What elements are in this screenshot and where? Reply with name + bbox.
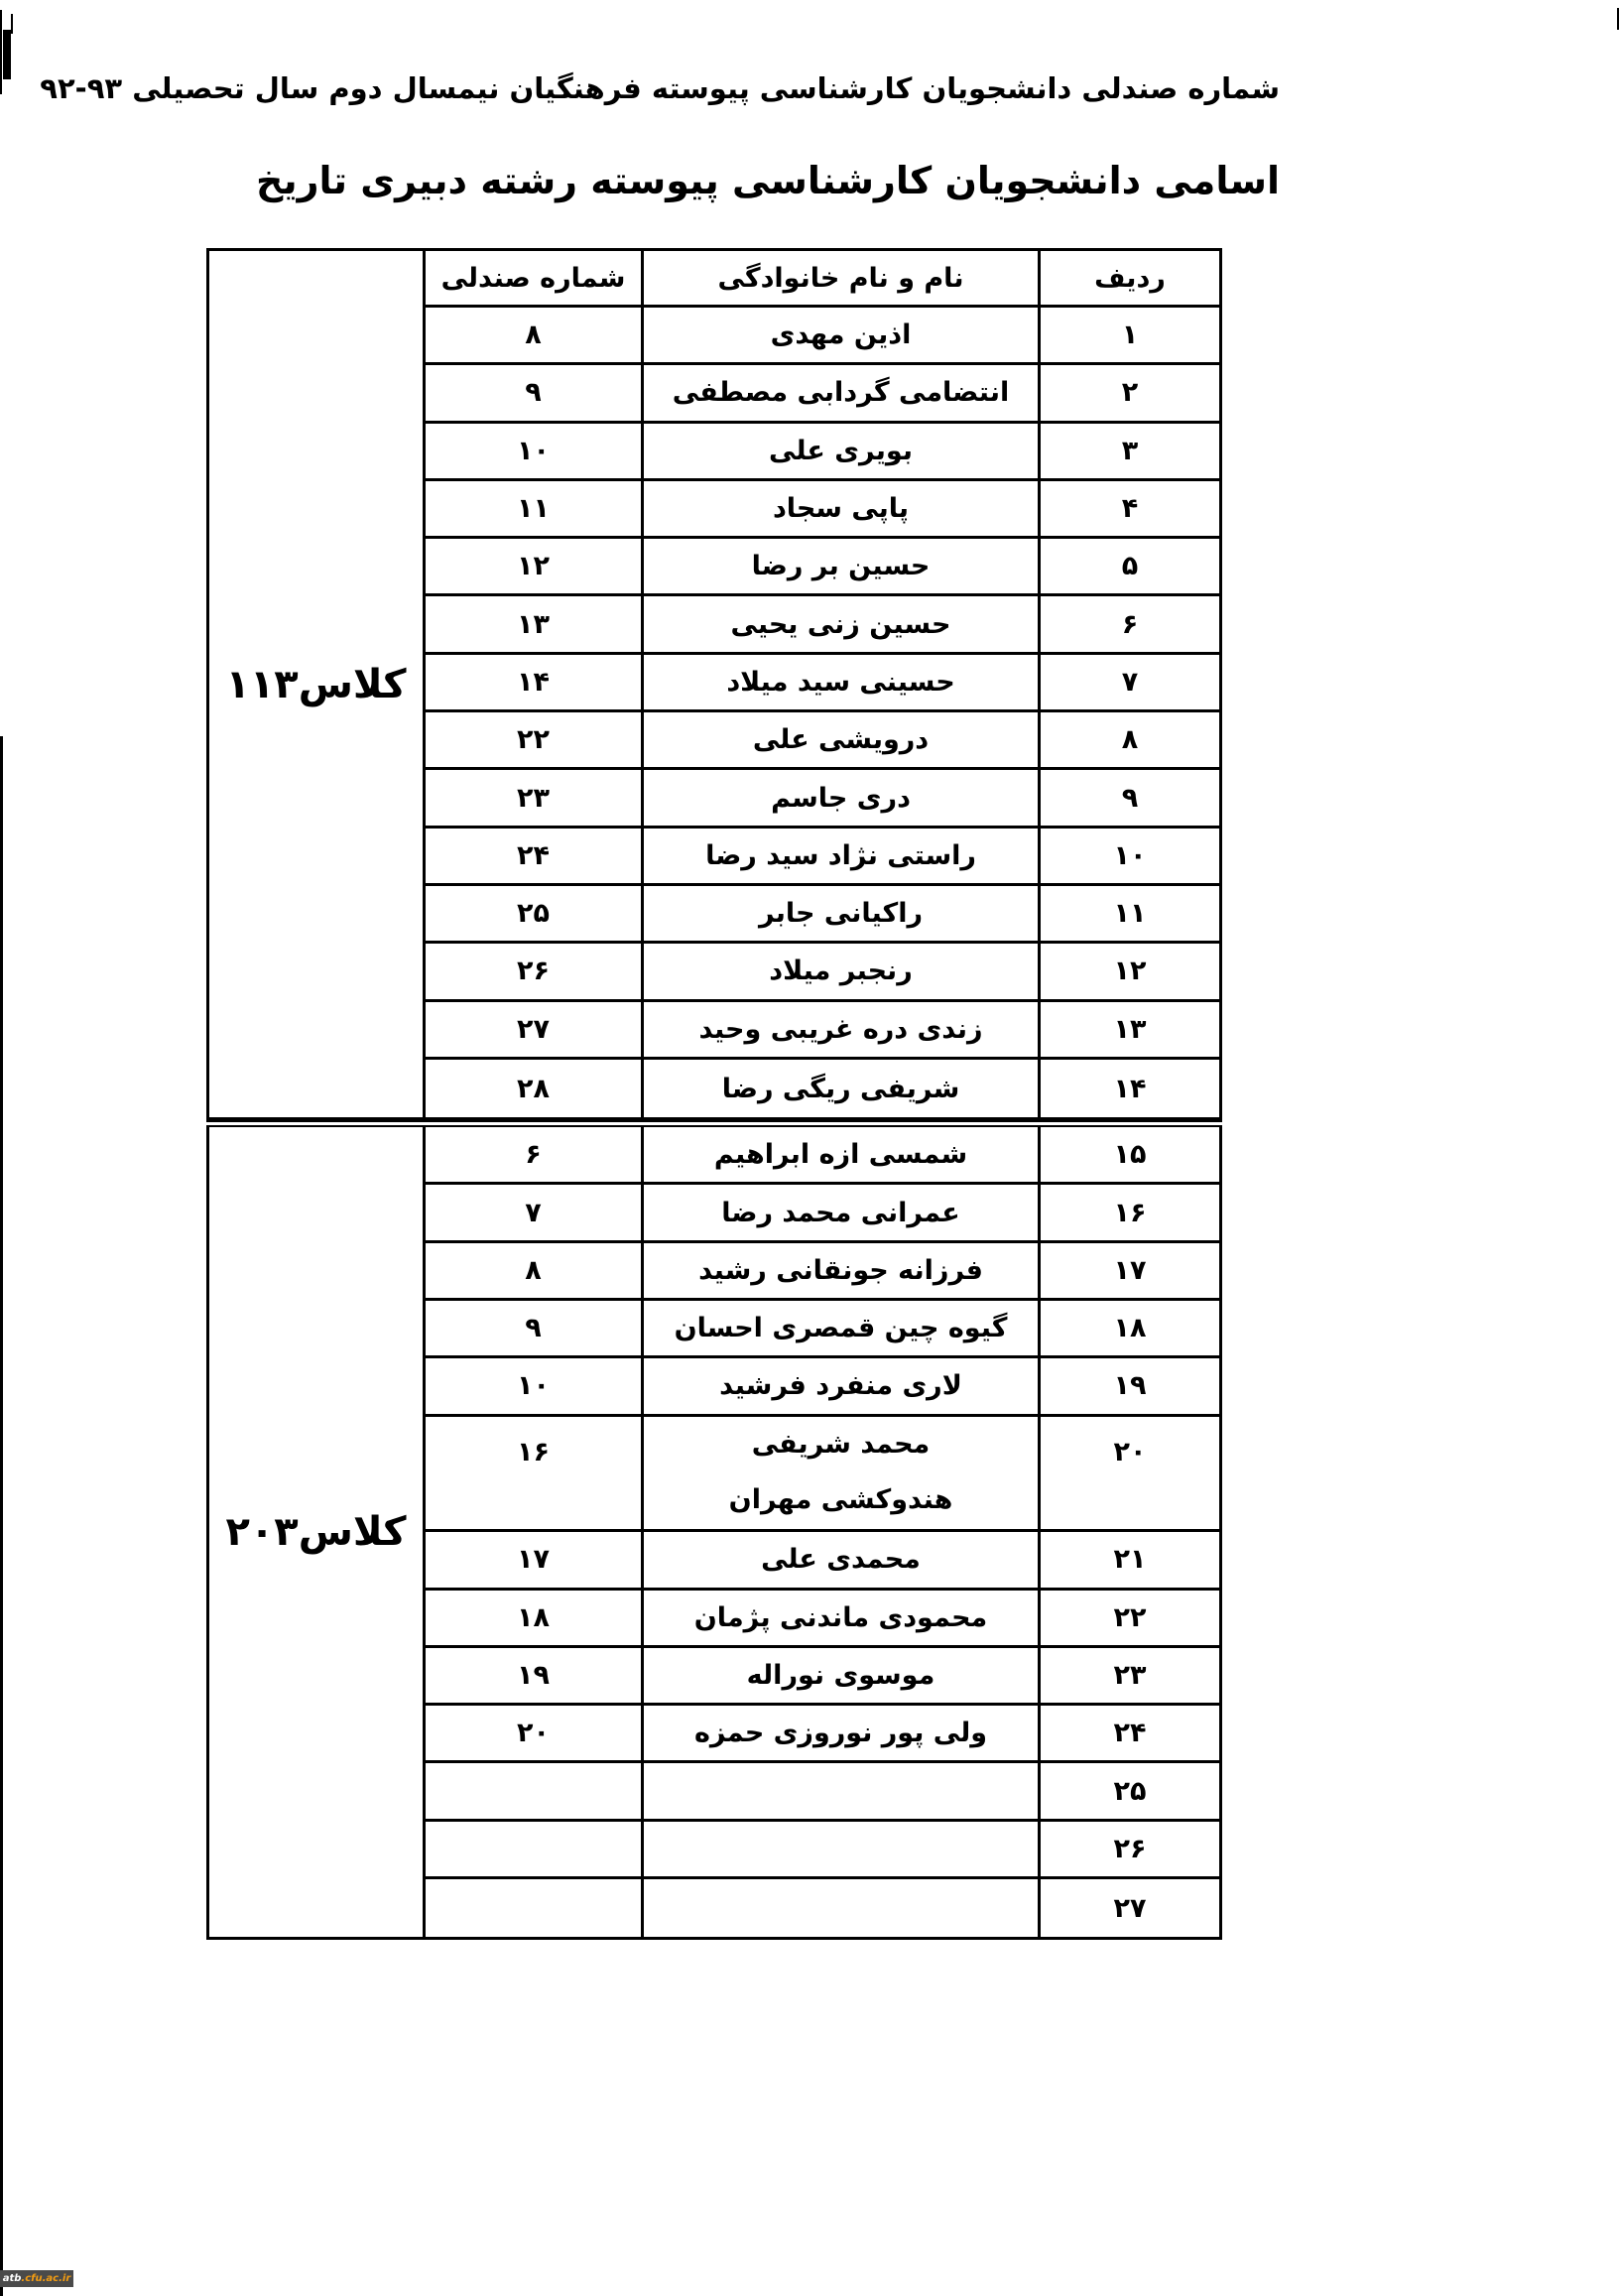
seat-number: ۲۳: [426, 770, 644, 825]
row-number: ۱۴: [1041, 1060, 1219, 1117]
seat-number: ۱۹: [426, 1648, 644, 1703]
table-row: ۱۴ حسینی سید میلاد ۷: [426, 655, 1219, 712]
student-name: دری جاسم: [644, 770, 1041, 825]
row-number: ۷: [1041, 655, 1219, 709]
row-number: ۱: [1041, 308, 1219, 362]
row-number: ۲۳: [1041, 1648, 1219, 1703]
seat-number: ۱۱: [426, 481, 644, 536]
watermark-part-2: .cfu.ac.ir: [21, 2273, 70, 2284]
site-watermark: atb.cfu.ac.ir: [0, 2270, 73, 2287]
student-name: موسوی نوراله: [644, 1648, 1041, 1703]
table-row: ۱۲ حسین بر رضا ۵: [426, 539, 1219, 596]
class-section-113: کلاس۱۱۳ شماره صندلی نام و نام خانوادگی ر…: [206, 248, 1222, 1117]
seat-number: [426, 1763, 644, 1818]
seat-number: ۱۰: [426, 424, 644, 478]
class-label: کلاس۲۰۳: [209, 1127, 426, 1937]
table-row: ۲۶ رنجبر میلاد ۱۲: [426, 944, 1219, 1001]
table-row: ۲۰ ولی پور نوروزی حمزه ۲۴: [426, 1706, 1219, 1763]
row-number: ۸: [1041, 712, 1219, 767]
row-number: ۲۷: [1041, 1879, 1219, 1937]
seat-number: ۲۸: [426, 1060, 644, 1117]
table-row: ۶ شمسی ازه ابراهیم ۱۵: [426, 1127, 1219, 1185]
student-name: شریفی ریگی رضا: [644, 1060, 1041, 1117]
table-row: ۹ گیوه چین قمصری احسان ۱۸: [426, 1301, 1219, 1358]
table-row: ۱۹ موسوی نوراله ۲۳: [426, 1648, 1219, 1706]
header-seat-number: شماره صندلی: [426, 251, 644, 305]
seat-number: ۱۲: [426, 539, 644, 593]
row-number: ۲۰: [1041, 1417, 1219, 1530]
row-number: ۶: [1041, 596, 1219, 651]
row-number: ۵: [1041, 539, 1219, 593]
section-divider: [206, 1117, 1222, 1127]
seating-table: کلاس۱۱۳ شماره صندلی نام و نام خانوادگی ر…: [206, 248, 1222, 1940]
seat-number: ۱۰: [426, 1358, 644, 1413]
student-name: پاپی سجاد: [644, 481, 1041, 536]
table-row: ۱۳ حسین زنی یحیی ۶: [426, 596, 1219, 654]
scan-artifact-mark: [11, 14, 13, 34]
table-row: ۲۶: [426, 1822, 1219, 1879]
table-row: ۲۵: [426, 1763, 1219, 1821]
table-row: ۱۷ محمدی علی ۲۱: [426, 1532, 1219, 1590]
table-row: ۲۳ دری جاسم ۹: [426, 770, 1219, 828]
student-name: راکیانی جابر: [644, 886, 1041, 941]
class-label: کلاس۱۱۳: [209, 251, 426, 1117]
table-row: ۷ عمرانی محمد رضا ۱۶: [426, 1185, 1219, 1242]
table-row: ۲۴ راستی نژاد سید رضا ۱۰: [426, 829, 1219, 886]
seat-number: ۸: [426, 1243, 644, 1298]
seat-number: ۲۲: [426, 712, 644, 767]
student-name: [644, 1879, 1041, 1937]
student-name: عمرانی محمد رضا: [644, 1185, 1041, 1239]
seat-number: ۲۷: [426, 1002, 644, 1057]
row-number: ۱۱: [1041, 886, 1219, 941]
row-number: ۲۴: [1041, 1706, 1219, 1760]
table-row: ۱۰ بویری علی ۳: [426, 424, 1219, 481]
row-number: ۱۶: [1041, 1185, 1219, 1239]
row-number: ۲۲: [1041, 1591, 1219, 1645]
student-name: بویری علی: [644, 424, 1041, 478]
seat-number: ۹: [426, 1301, 644, 1355]
student-name: راستی نژاد سید رضا: [644, 829, 1041, 883]
class-section-203: کلاس۲۰۳ ۶ شمسی ازه ابراهیم ۱۵ ۷ عمرانی م…: [206, 1127, 1222, 1940]
section-rows: ۶ شمسی ازه ابراهیم ۱۵ ۷ عمرانی محمد رضا …: [426, 1127, 1219, 1937]
table-row: ۱۶ محمد شریفی هندوکشی مهران ۲۰: [426, 1417, 1219, 1533]
student-name: اذین مهدی: [644, 308, 1041, 362]
table-row: ۲۷: [426, 1879, 1219, 1937]
student-name: حسین بر رضا: [644, 539, 1041, 593]
seat-number: ۱۶: [426, 1417, 644, 1530]
seat-number: ۱۴: [426, 655, 644, 709]
student-name: محمد شریفی هندوکشی مهران: [644, 1417, 1041, 1530]
seat-number: [426, 1822, 644, 1876]
table-row: ۹ انتضامی گردابی مصطفی ۲: [426, 365, 1219, 423]
student-name: حسین زنی یحیی: [644, 596, 1041, 651]
document-subtitle: شماره صندلی دانشجویان کارشناسی پیوسته فر…: [298, 71, 1280, 105]
row-number: ۲۱: [1041, 1532, 1219, 1587]
seat-number: [426, 1879, 644, 1937]
student-name: لاری منفرد فرشید: [644, 1358, 1041, 1413]
watermark-part-1: atb: [3, 2273, 22, 2284]
seat-number: ۱۸: [426, 1591, 644, 1645]
scan-artifact-mark: [0, 10, 2, 94]
seat-number: ۹: [426, 365, 644, 420]
scan-edge-line: [0, 736, 3, 2296]
table-row: ۱۸ محمودی ماندنی پژمان ۲۲: [426, 1591, 1219, 1648]
table-row: ۱۰ لاری منفرد فرشید ۱۹: [426, 1358, 1219, 1416]
student-name: محمودی ماندنی پژمان: [644, 1591, 1041, 1645]
table-row: ۸ فرزانه جونقانی رشید ۱۷: [426, 1243, 1219, 1301]
row-number: ۱۷: [1041, 1243, 1219, 1298]
seat-number: ۶: [426, 1127, 644, 1182]
row-number: ۱۰: [1041, 829, 1219, 883]
table-row: ۲۵ راکیانی جابر ۱۱: [426, 886, 1219, 944]
student-name: رنجبر میلاد: [644, 944, 1041, 998]
scan-artifact-mark: [3, 30, 11, 79]
seat-number: ۷: [426, 1185, 644, 1239]
table-row: ۲۸ شریفی ریگی رضا ۱۴: [426, 1060, 1219, 1117]
row-number: ۳: [1041, 424, 1219, 478]
student-name: ولی پور نوروزی حمزه: [644, 1706, 1041, 1760]
student-name: زندی دره غریبی وحید: [644, 1002, 1041, 1057]
seat-number: ۲۴: [426, 829, 644, 883]
row-number: ۲: [1041, 365, 1219, 420]
student-name: [644, 1763, 1041, 1818]
student-name: حسینی سید میلاد: [644, 655, 1041, 709]
seat-number: ۲۵: [426, 886, 644, 941]
row-number: ۱۵: [1041, 1127, 1219, 1182]
seat-number: ۱۳: [426, 596, 644, 651]
row-number: ۹: [1041, 770, 1219, 825]
row-number: ۱۲: [1041, 944, 1219, 998]
student-name: انتضامی گردابی مصطفی: [644, 365, 1041, 420]
table-row: ۱۱ پاپی سجاد ۴: [426, 481, 1219, 539]
row-number: ۲۵: [1041, 1763, 1219, 1818]
document-title: اسامی دانشجویان کارشناسی پیوسته رشته دبی…: [298, 159, 1280, 202]
table-row: ۲۷ زندی دره غریبی وحید ۱۳: [426, 1002, 1219, 1060]
student-name: گیوه چین قمصری احسان: [644, 1301, 1041, 1355]
row-number: ۴: [1041, 481, 1219, 536]
student-name: محمدی علی: [644, 1532, 1041, 1587]
student-name: درویشی علی: [644, 712, 1041, 767]
table-row: ۸ اذین مهدی ۱: [426, 308, 1219, 365]
seat-number: ۱۷: [426, 1532, 644, 1587]
row-number: ۱۸: [1041, 1301, 1219, 1355]
student-name: شمسی ازه ابراهیم: [644, 1127, 1041, 1182]
seat-number: ۲۶: [426, 944, 644, 998]
row-number: ۱۳: [1041, 1002, 1219, 1057]
header-full-name: نام و نام خانوادگی: [644, 251, 1041, 305]
row-number: ۱۹: [1041, 1358, 1219, 1413]
section-rows: شماره صندلی نام و نام خانوادگی ردیف ۸ اذ…: [426, 251, 1219, 1117]
header-row-number: ردیف: [1041, 251, 1219, 305]
seat-number: ۸: [426, 308, 644, 362]
student-name: [644, 1822, 1041, 1876]
table-row: ۲۲ درویشی علی ۸: [426, 712, 1219, 770]
student-name: فرزانه جونقانی رشید: [644, 1243, 1041, 1298]
seat-number: ۲۰: [426, 1706, 644, 1760]
row-number: ۲۶: [1041, 1822, 1219, 1876]
table-header-row: شماره صندلی نام و نام خانوادگی ردیف: [426, 251, 1219, 308]
